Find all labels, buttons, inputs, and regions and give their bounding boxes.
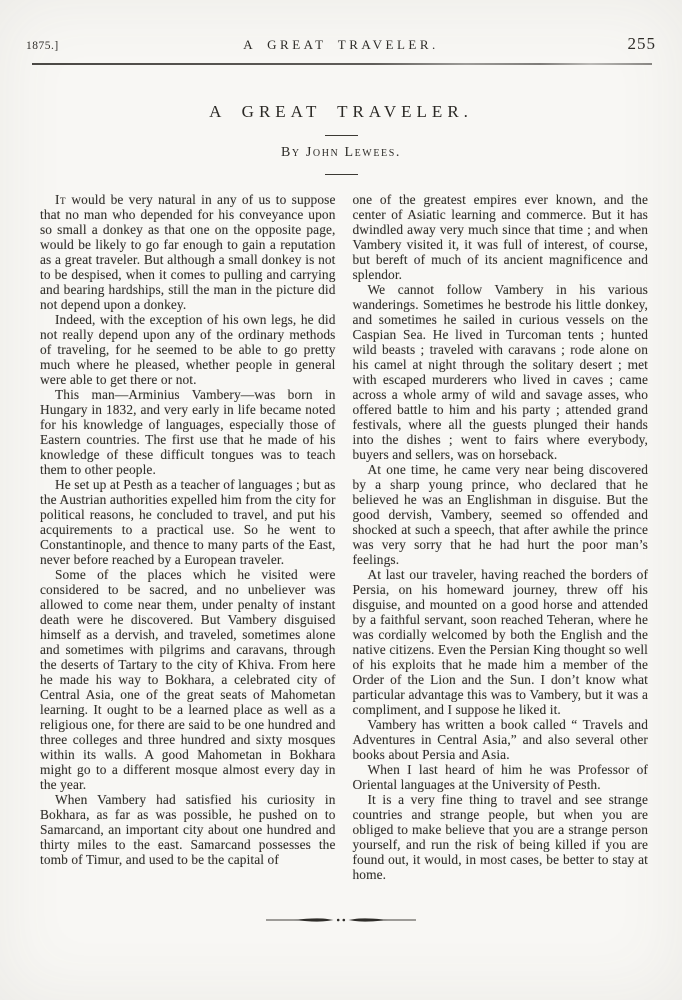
article-title: A GREAT TRAVELER. — [0, 102, 682, 122]
header-rule — [32, 63, 652, 65]
paragraph: one of the greatest empires ever known, … — [353, 192, 649, 282]
lead-word: It — [55, 192, 66, 207]
title-divider — [325, 135, 358, 136]
article-byline: By John Lewees. — [0, 145, 682, 161]
header-date-label: 1875.] — [26, 40, 116, 52]
text-column-right: one of the greatest empires ever known, … — [353, 192, 649, 882]
running-header: 1875.] A GREAT TRAVELER. 255 — [0, 0, 682, 54]
tail-ornament-wrap — [0, 913, 682, 931]
paragraph: When I last heard of him he was Professo… — [353, 762, 649, 792]
paragraph: Vambery has written a book called “ Trav… — [353, 717, 649, 762]
paragraph: This man—Arminius Vambery—was born in Hu… — [40, 387, 336, 477]
paragraph: We cannot follow Vambery in his various … — [353, 282, 649, 462]
paragraph: He set up at Pesth as a teacher of langu… — [40, 477, 336, 567]
text-column-left: It would be very natural in any of us to… — [40, 192, 336, 882]
header-running-title: A GREAT TRAVELER. — [116, 37, 566, 53]
paragraph: At one time, he came very near being dis… — [353, 462, 649, 567]
paragraph: Some of the places which he visited were… — [40, 567, 336, 792]
paragraph: At last our traveler, having reached the… — [353, 567, 649, 717]
paragraph: It is a very fine thing to travel and se… — [353, 792, 649, 882]
paragraph: When Vambery had satisfied his curiosity… — [40, 792, 336, 867]
article-body: It would be very natural in any of us to… — [0, 192, 682, 882]
magazine-page: 1875.] A GREAT TRAVELER. 255 A GREAT TRA… — [0, 0, 682, 1000]
header-page-number: 255 — [566, 34, 656, 54]
paragraph: It would be very natural in any of us to… — [40, 192, 336, 312]
end-ornament-icon — [266, 914, 416, 926]
paragraph: Indeed, with the exception of his own le… — [40, 312, 336, 387]
byline-divider — [325, 174, 358, 175]
